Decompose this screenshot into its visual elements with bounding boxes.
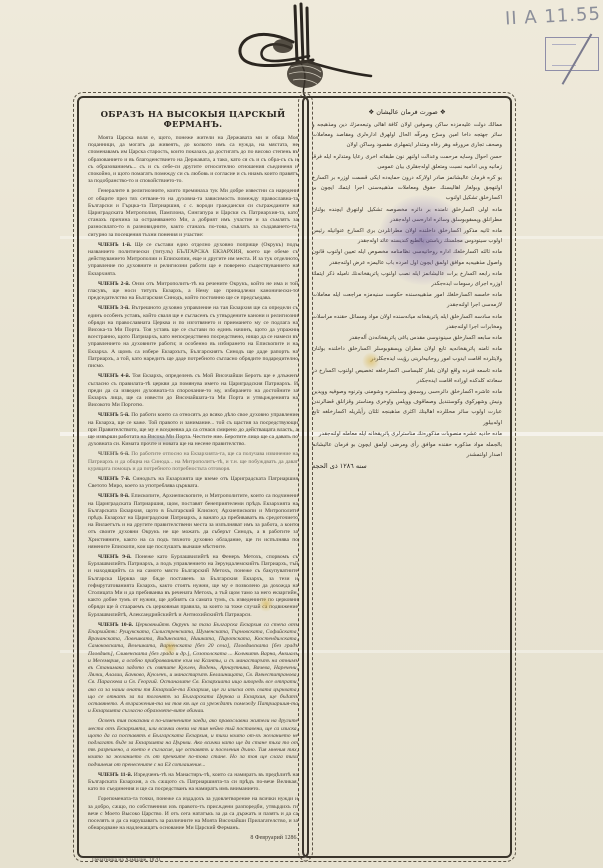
printer-line: Печатница на Хамидие, 1870.: [92, 857, 161, 863]
ottoman-paragraph: ماده عاشره اكسارخلق دائره‌سى روسچق وسلست…: [312, 387, 502, 428]
article-text: Епископите, Архиепископите, и Митрополит…: [88, 493, 298, 549]
purple-seal-stamp-icon: [378, 195, 468, 285]
article-label: ЧЛЕНЪ 5-й.: [98, 412, 130, 418]
archive-stamp-icon: [545, 37, 599, 71]
ottoman-paragraph: ماده تاسعه فنرده واقع اولان بلغار كليساس…: [312, 366, 502, 386]
article-label: ЧЛЕНЪ 3-й.: [98, 305, 130, 311]
article-label: ЧЛЕНЪ 1-й.: [98, 242, 131, 248]
article-7: ЧЛЕНЪ 7-й. Синодътъ на Екзархията ще взе…: [88, 476, 298, 490]
ottoman-paragraph: ماده سابعه اكسارخلق سينودوسى مقدس ياغى پ…: [312, 333, 502, 343]
decree-paragraph: Горепомената-та точки, понеже са издадох…: [88, 796, 298, 832]
ottoman-paragraph: حسن احوال وسايه مرحمت وعدالت اولنهر نون …: [312, 152, 502, 172]
article-label: ЧЛЕНЪ 9-й.: [98, 554, 132, 560]
article-5: ЧЛЕНЪ 5-й. По работи които са относятъ д…: [88, 412, 298, 448]
document-page: II A 11.55 ОБРАЗЪ НА ВЫСОКЫЯ ЦАРСКЫЙ ФЕР…: [0, 0, 603, 868]
decree-date: 8 Февруарий 1286.: [88, 835, 298, 841]
article-text: Церковныйтѣ Окрукъ за таза Българска Екз…: [88, 622, 298, 714]
article-label: ЧЛЕНЪ 4-й.: [98, 373, 130, 379]
closing-paragraph: Освенъ тия показани в по-изменените заед…: [88, 718, 298, 768]
intro-paragraph: Генералнте в религиозните, които премина…: [88, 188, 298, 238]
ottoman-title: ❖ صورت فرمان عالیشان ❖: [312, 108, 502, 116]
article-1: ЧЛЕНЪ 1-й. Ще се състави едно отделно ду…: [88, 242, 298, 278]
article-10: ЧЛЕНЪ 10-й. Церковныйтѣ Окрукъ за таза Б…: [88, 622, 298, 716]
intro-paragraph: Моята Царска воля е, щото, понеже жители…: [88, 135, 298, 185]
article-label: ЧЛЕНЪ 11-й.: [98, 772, 132, 778]
paper-stain: [362, 352, 380, 370]
archive-number: II A 11.55: [505, 4, 602, 30]
article-4: ЧЛЕНЪ 4-й. Тоя Екзархъ, определенъ съ Мо…: [88, 373, 298, 409]
article-3: ЧЛЕНЪ 3-й. Вътрешното духовно управление…: [88, 305, 298, 370]
article-label: ЧЛЕНЪ 2-й.: [98, 281, 130, 287]
bulgarian-column: ОБРАЗЪ НА ВЫСОКЫЯ ЦАРСКЫЙ ФЕРМАНЪ. Моята…: [88, 106, 298, 841]
article-6: ЧЛЕНЪ 6-й. По работите отпосно на Екзарх…: [88, 451, 298, 473]
ottoman-paragraph: بالجمله مواد مذكوره حقنده موافق رأى ومرض…: [312, 440, 502, 460]
ottoman-date: سنه ١٢٨٦ ذى الحجه: [312, 462, 502, 470]
article-8: ЧЛЕНЪ 8-й. Епископите, Архиепископите, и…: [88, 493, 298, 551]
ottoman-paragraph: ماده حاديه عشره منصوبات مذكوره‌نك مناستر…: [312, 429, 502, 439]
ottoman-paragraph: ممالك دولت عليه‌مزده ساكن وصوفين اولان ك…: [312, 120, 502, 151]
paper-stain: [162, 640, 178, 656]
article-11: ЧЛЕНЪ 11-й. Изредченъ-тѣ на Манастиръ-тѣ…: [88, 772, 298, 794]
ottoman-paragraph: ماده سادسه اكسارخلق ايله پاتريقخانه ميان…: [312, 312, 502, 332]
article-2: ЧЛЕНЪ 2-й. Онзи отъ Митрополитъ-тѣ на ре…: [88, 281, 298, 303]
article-label: ЧЛЕНЪ 10-й.: [98, 622, 133, 628]
article-label: ЧЛЕНЪ 6-й.: [98, 451, 130, 457]
article-text: Вътрешното духовно управление на тая Екз…: [88, 305, 298, 369]
article-label: ЧЛЕНЪ 7-й.: [98, 476, 130, 482]
article-label: ЧЛЕНЪ 8-й.: [98, 493, 130, 499]
paper-stain: [130, 434, 190, 444]
tughra-icon: [235, 2, 375, 98]
ottoman-paragraph: ماده خامسه اكسارخلغك امور مذهبيه‌سنده حك…: [312, 290, 502, 310]
ottoman-paragraph: ماده ثامنه پاتريقخانه‌يه تابع اولان مطرا…: [312, 344, 502, 364]
bulgarian-title: ОБРАЗЪ НА ВЫСОКЫЯ ЦАРСКЫЙ ФЕРМАНЪ.: [88, 110, 298, 130]
paper-stain: [258, 596, 274, 612]
